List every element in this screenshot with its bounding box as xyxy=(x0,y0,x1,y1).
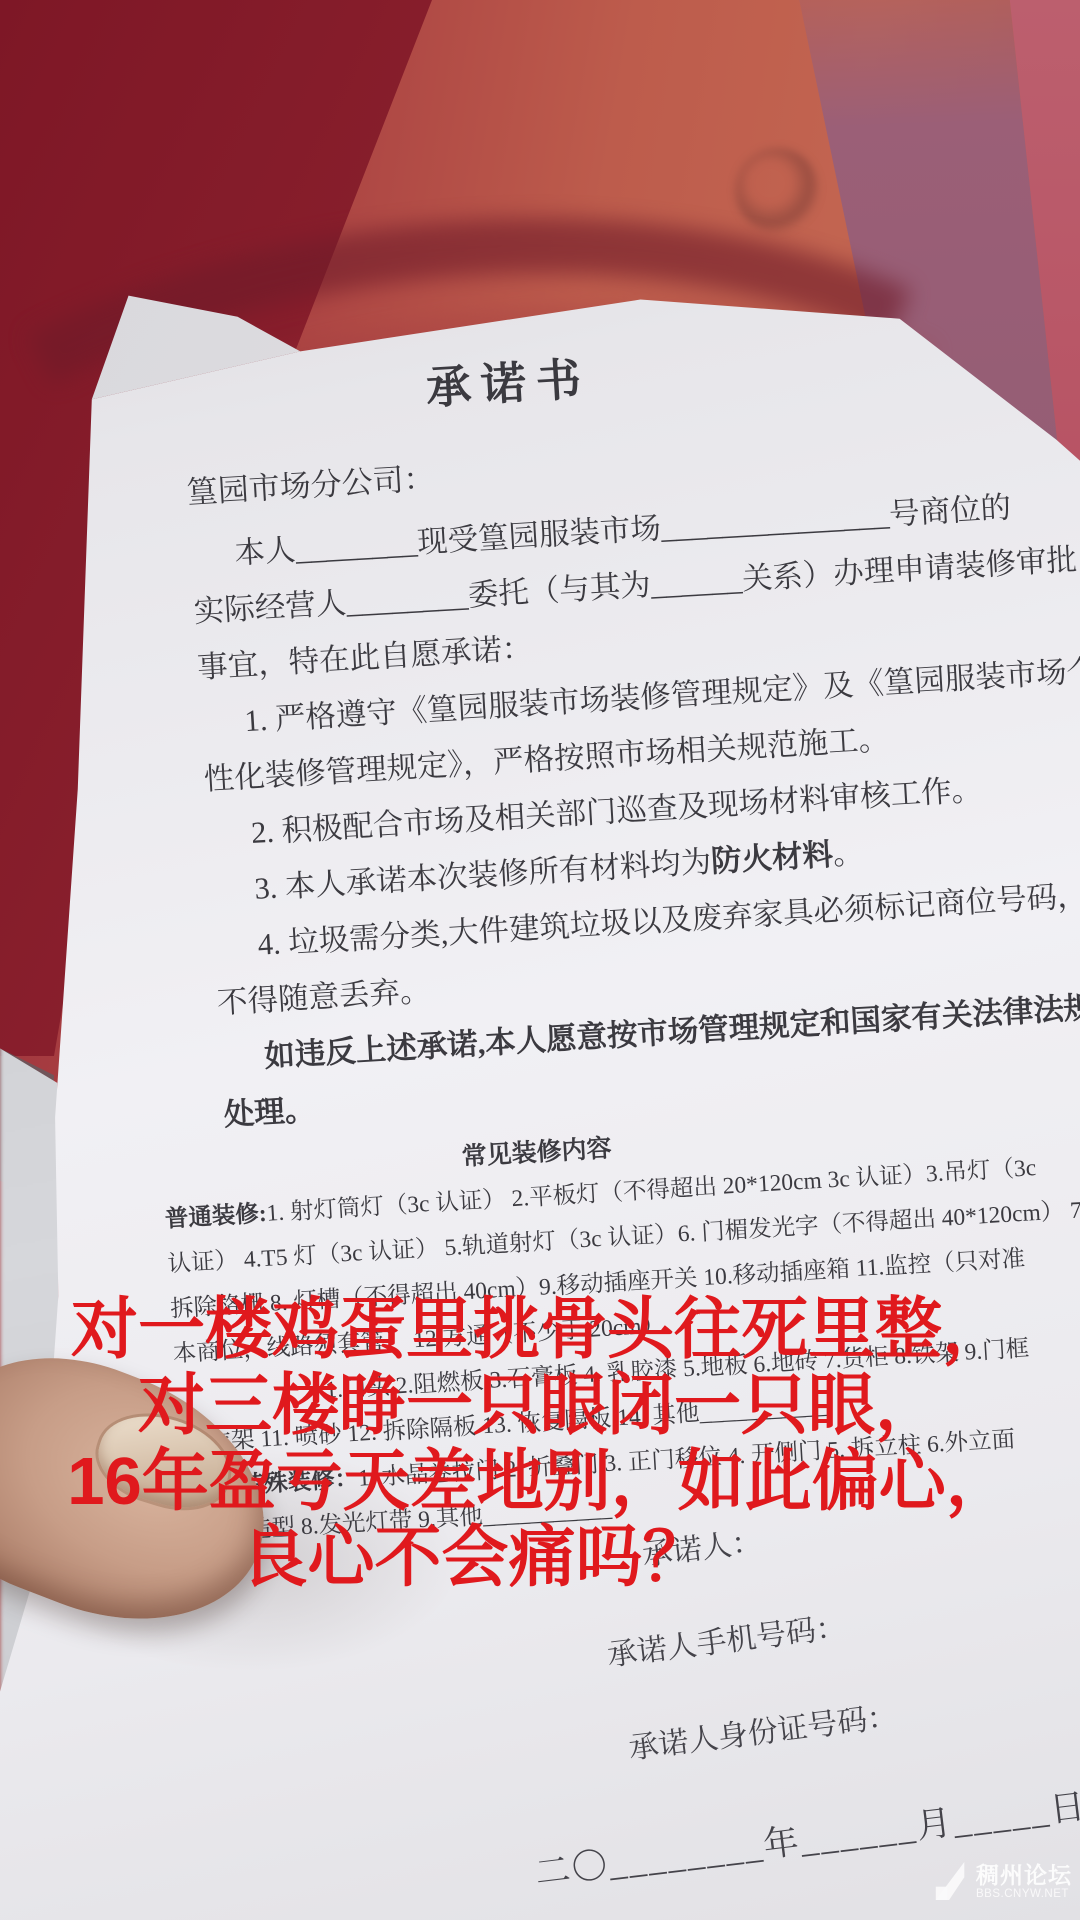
forum-logo-icon xyxy=(932,1858,970,1904)
clause3-bold: 防火材料 xyxy=(710,838,834,879)
watermark-site-url: BBS.CNYW.NET xyxy=(976,1888,1072,1900)
clause3-post: 。 xyxy=(832,836,864,872)
promisor-id-label: 承诺人身份证号码： xyxy=(626,1691,899,1768)
normal-renovation-label: 普通装修: xyxy=(164,1201,267,1233)
promisor-phone-label: 承诺人手机号码： xyxy=(604,1602,848,1675)
watermark-site-name: 稠州论坛 xyxy=(976,1863,1072,1888)
overlay-line: 对一楼鸡蛋里挑骨头往死里整， xyxy=(0,1292,1080,1368)
red-overlay-text: 对一楼鸡蛋里挑骨头往死里整， 对三楼睁一只眼闭一只眼， 16年盈亏天差地别，如此… xyxy=(0,1292,1080,1596)
forum-watermark: 稠州论坛 BBS.CNYW.NET xyxy=(932,1858,1072,1904)
overlay-line: 16年盈亏天差地别，如此偏心， xyxy=(0,1444,1080,1520)
overlay-line: 对三楼睁一只眼闭一只眼， xyxy=(0,1368,1080,1444)
commitment-paragraphs: 本人________现受篁园服装市场_______________号商位的 实际… xyxy=(189,478,1074,1143)
overlay-line: 良心不会痛吗？ xyxy=(0,1520,1080,1596)
watermark-text: 稠州论坛 BBS.CNYW.NET xyxy=(976,1863,1072,1900)
